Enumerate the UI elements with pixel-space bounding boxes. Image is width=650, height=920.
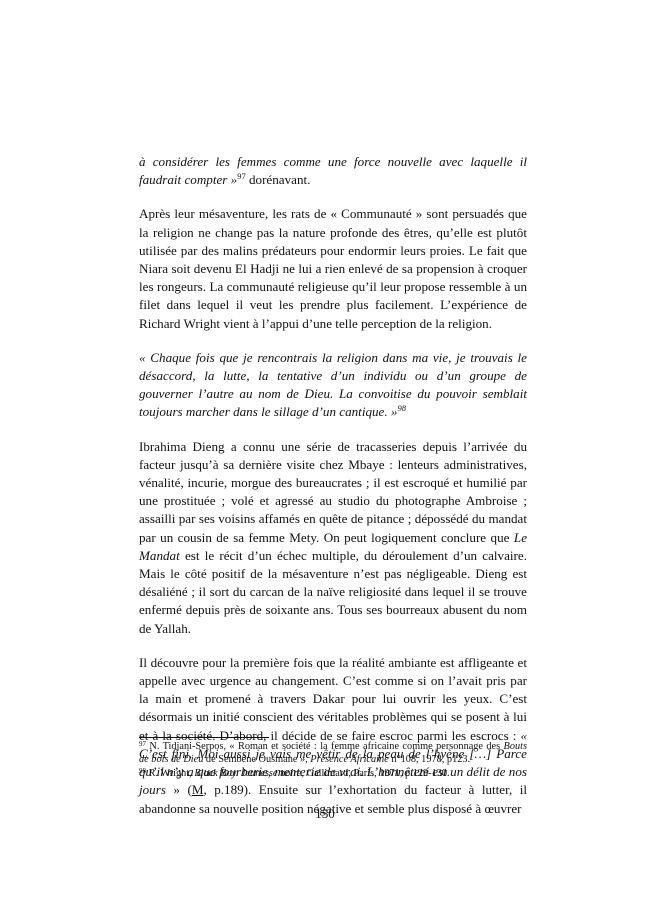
footnote-ref-97[interactable]: 97 [237,171,246,181]
footnote-text: de Sembène Ousmane », [203,754,310,765]
quote-close: » ( [166,782,192,797]
footnote-number: 97 [139,740,146,748]
footnote-separator [139,737,269,738]
footnotes: 97 N. Tidjani-Serpos, « Roman et société… [139,740,527,780]
footnote-text: R. Wright, [146,768,194,779]
footnote-text: N. Tidjani-Serpos, « Roman et société : … [146,741,504,752]
reference-abbrev: M [192,782,204,797]
quote-text: « Chaque fois que je rencontrais la reli… [139,350,527,420]
paragraph-text: dorénavant. [246,172,311,187]
page-body: à considérer les femmes comme une force … [139,153,527,818]
paragraph-text: Il découvre pour la première fois que la… [139,655,527,743]
footnote-text: Gallimard, Paris, 1971, p.129-130. [304,768,450,779]
page-number: 150 [0,806,650,822]
footnote-97: 97 N. Tidjani-Serpos, « Roman et société… [139,740,527,767]
paragraph-text: Ibrahima Dieng a connu une série de trac… [139,439,527,545]
footnote-98: 98 R. Wright, Black Boy. Jeunesse noire,… [139,767,527,780]
book-title: Black Boy. Jeunesse noire, [194,768,304,779]
footnote-number: 98 [139,767,146,775]
quote-text: à considérer les femmes comme une force … [139,154,527,187]
footnote-text: n°108, 1978, p123. [389,754,470,765]
block-quote-wright: « Chaque fois que je rencontrais la reli… [139,349,527,422]
paragraph-text: est le récit d’un échec multiple, du dér… [139,548,527,636]
paragraph-decouvre: Il découvre pour la première fois que la… [139,654,527,818]
footnote-ref-98[interactable]: 98 [397,403,406,413]
paragraph-continuation: à considérer les femmes comme une force … [139,153,527,189]
paragraph-rats: Après leur mésaventure, les rats de « Co… [139,205,527,332]
journal-title: Présence Africaine [310,754,388,765]
paragraph-dieng: Ibrahima Dieng a connu une série de trac… [139,438,527,638]
